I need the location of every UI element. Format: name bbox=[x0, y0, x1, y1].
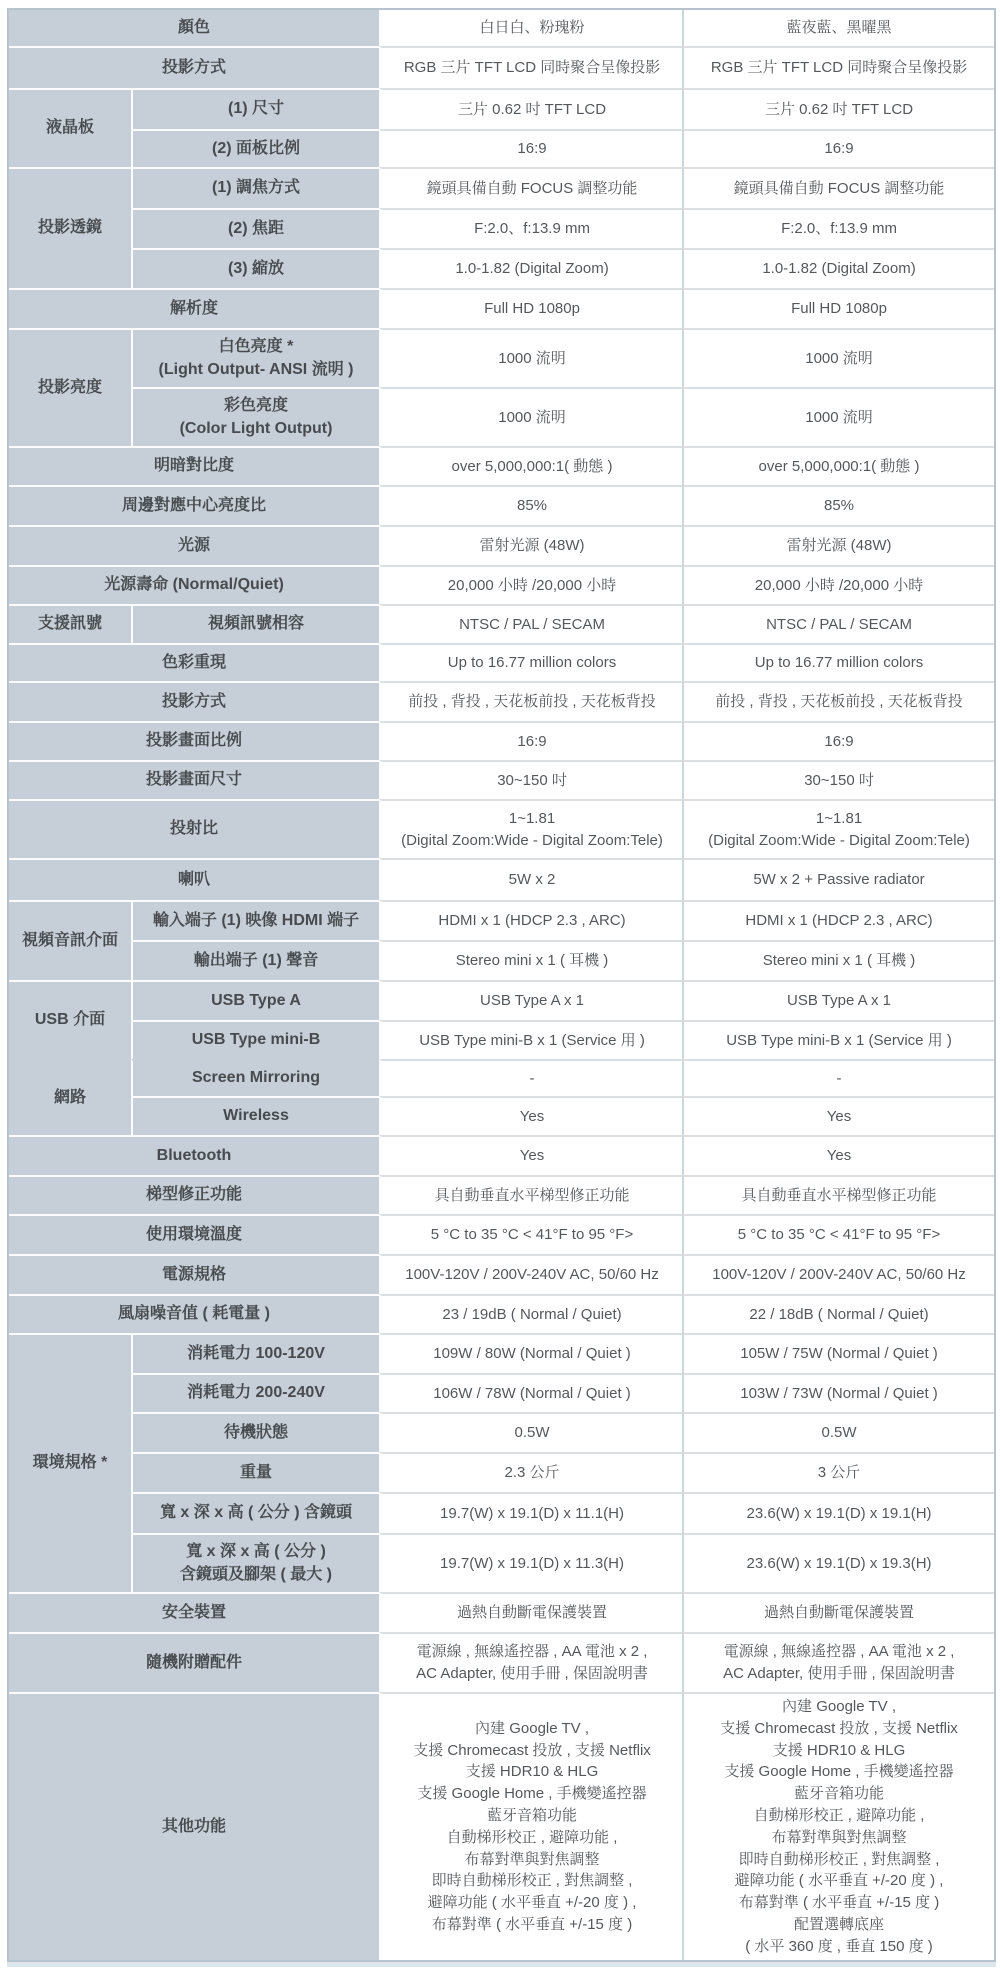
row-label-cell: 投影畫面比例 bbox=[9, 721, 379, 760]
table-row: 寬 x 深 x 高 ( 公分 ) 含鏡頭19.7(W) x 19.1(D) x … bbox=[9, 1492, 994, 1533]
value-cell-col2: RGB 三片 TFT LCD 同時聚合呈像投影 bbox=[682, 46, 994, 88]
table-row: 光源雷射光源 (48W)雷射光源 (48W) bbox=[9, 525, 994, 565]
table-row: (2) 面板比例16:916:9 bbox=[9, 129, 994, 167]
row-label-cell: 風扇噪音值 ( 耗電量 ) bbox=[9, 1294, 379, 1333]
row-label-cell: 使用環境溫度 bbox=[9, 1214, 379, 1254]
table-row: 明暗對比度over 5,000,000:1( 動態 )over 5,000,00… bbox=[9, 446, 994, 485]
table-row: 電源規格100V-120V / 200V-240V AC, 50/60 Hz10… bbox=[9, 1254, 994, 1294]
table-row: 輸出端子 (1) 聲音Stereo mini x 1 ( 耳機 )Stereo … bbox=[9, 940, 994, 980]
table-row: 支援訊號視頻訊號相容NTSC / PAL / SECAMNTSC / PAL /… bbox=[9, 604, 994, 643]
row-label-cell: 其他功能 bbox=[9, 1692, 379, 1960]
table-row: 梯型修正功能具自動垂直水平梯型修正功能具自動垂直水平梯型修正功能 bbox=[9, 1175, 994, 1214]
table-row: 投影透鏡(1) 調焦方式鏡頭具備自動 FOCUS 調整功能鏡頭具備自動 FOCU… bbox=[9, 167, 994, 208]
value-cell-col2: USB Type A x 1 bbox=[682, 980, 994, 1020]
row-label-cell: 色彩重現 bbox=[9, 643, 379, 681]
value-cell-col2: 16:9 bbox=[682, 129, 994, 167]
table-row: BluetoothYesYes bbox=[9, 1135, 994, 1175]
table-row: 彩色亮度 (Color Light Output)1000 流明1000 流明 bbox=[9, 387, 994, 446]
row-label-cell: 輸入端子 (1) 映像 HDMI 端子 bbox=[131, 900, 379, 940]
table-row: 液晶板(1) 尺寸三片 0.62 吋 TFT LCD三片 0.62 吋 TFT … bbox=[9, 88, 994, 129]
row-label-cell: (2) 焦距 bbox=[131, 208, 379, 248]
row-label-cell: USB Type A bbox=[131, 980, 379, 1020]
row-label-cell: 投影方式 bbox=[9, 46, 379, 88]
table-row: 投影方式前投 , 背投 , 天花板前投 , 天花板背投前投 , 背投 , 天花板… bbox=[9, 681, 994, 721]
value-cell-col2: 過熱自動斷電保護裝置 bbox=[682, 1592, 994, 1632]
spec-sheet-page: 顏色白日白、粉瑰粉藍夜藍、黑曜黑投影方式RGB 三片 TFT LCD 同時聚合呈… bbox=[0, 8, 1000, 1967]
value-cell-col2: 1~1.81 (Digital Zoom:Wide - Digital Zoom… bbox=[682, 799, 994, 858]
table-row: 重量2.3 公斤3 公斤 bbox=[9, 1452, 994, 1492]
row-label-cell: 彩色亮度 (Color Light Output) bbox=[131, 387, 379, 446]
group-label-cell: 液晶板 bbox=[9, 88, 131, 167]
group-label-cell: 投影透鏡 bbox=[9, 167, 131, 288]
value-cell-col2: Stereo mini x 1 ( 耳機 ) bbox=[682, 940, 994, 980]
value-cell-col1: HDMI x 1 (HDCP 2.3 , ARC) bbox=[379, 900, 682, 940]
value-cell-col1: 85% bbox=[379, 485, 682, 525]
value-cell-col2: 16:9 bbox=[682, 721, 994, 760]
table-row: 網路Screen Mirroring-- bbox=[9, 1059, 994, 1096]
row-label-cell: 周邊對應中心亮度比 bbox=[9, 485, 379, 525]
value-cell-col1: 內建 Google TV , 支援 Chromecast 投放 , 支援 Net… bbox=[379, 1692, 682, 1960]
value-cell-col1: RGB 三片 TFT LCD 同時聚合呈像投影 bbox=[379, 46, 682, 88]
value-cell-col2: 100V-120V / 200V-240V AC, 50/60 Hz bbox=[682, 1254, 994, 1294]
value-cell-col2: 5 °C to 35 °C < 41°F to 95 °F> bbox=[682, 1214, 994, 1254]
table-row: (2) 焦距F:2.0、f:13.9 mmF:2.0、f:13.9 mm bbox=[9, 208, 994, 248]
value-cell-col2: 85% bbox=[682, 485, 994, 525]
value-cell-col2: 內建 Google TV , 支援 Chromecast 投放 , 支援 Net… bbox=[682, 1692, 994, 1960]
row-label-cell: 顏色 bbox=[9, 10, 379, 46]
row-label-cell: 喇叭 bbox=[9, 858, 379, 900]
value-cell-col2: 三片 0.62 吋 TFT LCD bbox=[682, 88, 994, 129]
value-cell-col2: 1000 流明 bbox=[682, 328, 994, 387]
value-cell-col2: 0.5W bbox=[682, 1412, 994, 1452]
row-label-cell: 明暗對比度 bbox=[9, 446, 379, 485]
value-cell-col2: HDMI x 1 (HDCP 2.3 , ARC) bbox=[682, 900, 994, 940]
row-label-cell: 投射比 bbox=[9, 799, 379, 858]
value-cell-col1: 電源線 , 無線遙控器 , AA 電池 x 2 , AC Adapter, 使用… bbox=[379, 1632, 682, 1692]
table-row: 環境規格 *消耗電力 100-120V109W / 80W (Normal / … bbox=[9, 1333, 994, 1373]
table-row: (3) 縮放1.0-1.82 (Digital Zoom)1.0-1.82 (D… bbox=[9, 248, 994, 288]
table-row: 安全裝置過熱自動斷電保護裝置過熱自動斷電保護裝置 bbox=[9, 1592, 994, 1632]
value-cell-col1: 5 °C to 35 °C < 41°F to 95 °F> bbox=[379, 1214, 682, 1254]
table-row: 解析度Full HD 1080pFull HD 1080p bbox=[9, 288, 994, 328]
value-cell-col1: 2.3 公斤 bbox=[379, 1452, 682, 1492]
row-label-cell: (1) 尺寸 bbox=[131, 88, 379, 129]
value-cell-col1: 109W / 80W (Normal / Quiet ) bbox=[379, 1333, 682, 1373]
value-cell-col2: Full HD 1080p bbox=[682, 288, 994, 328]
row-label-cell: 白色亮度 * (Light Output- ANSI 流明 ) bbox=[131, 328, 379, 387]
value-cell-col1: 1000 流明 bbox=[379, 387, 682, 446]
value-cell-col2: 3 公斤 bbox=[682, 1452, 994, 1492]
table-row: 色彩重現Up to 16.77 million colorsUp to 16.7… bbox=[9, 643, 994, 681]
value-cell-col2: 1000 流明 bbox=[682, 387, 994, 446]
table-row: 投影畫面比例16:916:9 bbox=[9, 721, 994, 760]
value-cell-col2: Yes bbox=[682, 1135, 994, 1175]
value-cell-col1: USB Type mini-B x 1 (Service 用 ) bbox=[379, 1020, 682, 1059]
group-label-cell: 環境規格 * bbox=[9, 1333, 131, 1592]
value-cell-col1: Yes bbox=[379, 1096, 682, 1135]
value-cell-col1: Full HD 1080p bbox=[379, 288, 682, 328]
value-cell-col1: 1~1.81 (Digital Zoom:Wide - Digital Zoom… bbox=[379, 799, 682, 858]
row-label-cell: 消耗電力 200-240V bbox=[131, 1373, 379, 1412]
spec-table-wrapper: 顏色白日白、粉瑰粉藍夜藍、黑曜黑投影方式RGB 三片 TFT LCD 同時聚合呈… bbox=[7, 8, 992, 1967]
value-cell-col2: 1.0-1.82 (Digital Zoom) bbox=[682, 248, 994, 288]
value-cell-col1: - bbox=[379, 1059, 682, 1096]
table-row: USB 介面USB Type AUSB Type A x 1USB Type A… bbox=[9, 980, 994, 1020]
table-row: 使用環境溫度5 °C to 35 °C < 41°F to 95 °F>5 °C… bbox=[9, 1214, 994, 1254]
value-cell-col2: F:2.0、f:13.9 mm bbox=[682, 208, 994, 248]
table-row: 投影畫面尺寸30~150 吋30~150 吋 bbox=[9, 760, 994, 799]
spec-table: 顏色白日白、粉瑰粉藍夜藍、黑曜黑投影方式RGB 三片 TFT LCD 同時聚合呈… bbox=[7, 8, 996, 1962]
group-label-cell: 視頻音訊介面 bbox=[9, 900, 131, 980]
row-label-cell: Bluetooth bbox=[9, 1135, 379, 1175]
value-cell-col2: Up to 16.77 million colors bbox=[682, 643, 994, 681]
row-label-cell: 投影畫面尺寸 bbox=[9, 760, 379, 799]
row-label-cell: 解析度 bbox=[9, 288, 379, 328]
value-cell-col1: 19.7(W) x 19.1(D) x 11.3(H) bbox=[379, 1533, 682, 1592]
row-label-cell: 光源 bbox=[9, 525, 379, 565]
row-label-cell: 寬 x 深 x 高 ( 公分 ) 含鏡頭 bbox=[131, 1492, 379, 1533]
value-cell-col1: over 5,000,000:1( 動態 ) bbox=[379, 446, 682, 485]
value-cell-col1: Stereo mini x 1 ( 耳機 ) bbox=[379, 940, 682, 980]
value-cell-col1: 0.5W bbox=[379, 1412, 682, 1452]
value-cell-col1: 16:9 bbox=[379, 129, 682, 167]
table-row: 寬 x 深 x 高 ( 公分 ) 含鏡頭及腳架 ( 最大 )19.7(W) x … bbox=[9, 1533, 994, 1592]
value-cell-col1: NTSC / PAL / SECAM bbox=[379, 604, 682, 643]
value-cell-col1: 30~150 吋 bbox=[379, 760, 682, 799]
row-label-cell: 寬 x 深 x 高 ( 公分 ) 含鏡頭及腳架 ( 最大 ) bbox=[131, 1533, 379, 1592]
row-label-cell: 梯型修正功能 bbox=[9, 1175, 379, 1214]
table-row: 投影亮度白色亮度 * (Light Output- ANSI 流明 )1000 … bbox=[9, 328, 994, 387]
value-cell-col2: 20,000 小時 /20,000 小時 bbox=[682, 565, 994, 604]
value-cell-col1: 16:9 bbox=[379, 721, 682, 760]
row-label-cell: USB Type mini-B bbox=[131, 1020, 379, 1059]
value-cell-col1: USB Type A x 1 bbox=[379, 980, 682, 1020]
table-row: 顏色白日白、粉瑰粉藍夜藍、黑曜黑 bbox=[9, 10, 994, 46]
value-cell-col2: 22 / 18dB ( Normal / Quiet) bbox=[682, 1294, 994, 1333]
table-row: 隨機附贈配件電源線 , 無線遙控器 , AA 電池 x 2 , AC Adapt… bbox=[9, 1632, 994, 1692]
value-cell-col1: 過熱自動斷電保護裝置 bbox=[379, 1592, 682, 1632]
value-cell-col2: 105W / 75W (Normal / Quiet ) bbox=[682, 1333, 994, 1373]
value-cell-col2: USB Type mini-B x 1 (Service 用 ) bbox=[682, 1020, 994, 1059]
value-cell-col1: 1.0-1.82 (Digital Zoom) bbox=[379, 248, 682, 288]
row-label-cell: (2) 面板比例 bbox=[131, 129, 379, 167]
table-row: 投影方式RGB 三片 TFT LCD 同時聚合呈像投影RGB 三片 TFT LC… bbox=[9, 46, 994, 88]
spec-table-body: 顏色白日白、粉瑰粉藍夜藍、黑曜黑投影方式RGB 三片 TFT LCD 同時聚合呈… bbox=[9, 10, 994, 1960]
value-cell-col2: 鏡頭具備自動 FOCUS 調整功能 bbox=[682, 167, 994, 208]
value-cell-col2: 103W / 73W (Normal / Quiet ) bbox=[682, 1373, 994, 1412]
row-label-cell: 重量 bbox=[131, 1452, 379, 1492]
value-cell-col1: 前投 , 背投 , 天花板前投 , 天花板背投 bbox=[379, 681, 682, 721]
value-cell-col2: 前投 , 背投 , 天花板前投 , 天花板背投 bbox=[682, 681, 994, 721]
value-cell-col2: 5W x 2 + Passive radiator bbox=[682, 858, 994, 900]
row-label-cell: 消耗電力 100-120V bbox=[131, 1333, 379, 1373]
group-label-cell: USB 介面 bbox=[9, 980, 131, 1059]
table-row: 光源壽命 (Normal/Quiet)20,000 小時 /20,000 小時2… bbox=[9, 565, 994, 604]
table-row: USB Type mini-BUSB Type mini-B x 1 (Serv… bbox=[9, 1020, 994, 1059]
value-cell-col1: 白日白、粉瑰粉 bbox=[379, 10, 682, 46]
value-cell-col1: 5W x 2 bbox=[379, 858, 682, 900]
row-label-cell: (1) 調焦方式 bbox=[131, 167, 379, 208]
value-cell-col2: 30~150 吋 bbox=[682, 760, 994, 799]
value-cell-col1: 19.7(W) x 19.1(D) x 11.1(H) bbox=[379, 1492, 682, 1533]
group-label-cell: 網路 bbox=[9, 1059, 131, 1135]
value-cell-col1: 雷射光源 (48W) bbox=[379, 525, 682, 565]
value-cell-col1: 106W / 78W (Normal / Quiet ) bbox=[379, 1373, 682, 1412]
group-label-cell: 投影亮度 bbox=[9, 328, 131, 446]
row-label-cell: 光源壽命 (Normal/Quiet) bbox=[9, 565, 379, 604]
value-cell-col1: Yes bbox=[379, 1135, 682, 1175]
value-cell-col1: 鏡頭具備自動 FOCUS 調整功能 bbox=[379, 167, 682, 208]
value-cell-col2: 雷射光源 (48W) bbox=[682, 525, 994, 565]
table-row: 風扇噪音值 ( 耗電量 )23 / 19dB ( Normal / Quiet)… bbox=[9, 1294, 994, 1333]
row-label-cell: 待機狀態 bbox=[131, 1412, 379, 1452]
row-label-cell: (3) 縮放 bbox=[131, 248, 379, 288]
table-row: 其他功能內建 Google TV , 支援 Chromecast 投放 , 支援… bbox=[9, 1692, 994, 1960]
table-row: WirelessYesYes bbox=[9, 1096, 994, 1135]
table-row: 投射比1~1.81 (Digital Zoom:Wide - Digital Z… bbox=[9, 799, 994, 858]
row-label-cell: 投影方式 bbox=[9, 681, 379, 721]
table-row: 周邊對應中心亮度比85%85% bbox=[9, 485, 994, 525]
row-label-cell: 隨機附贈配件 bbox=[9, 1632, 379, 1692]
table-row: 消耗電力 200-240V106W / 78W (Normal / Quiet … bbox=[9, 1373, 994, 1412]
table-row: 視頻音訊介面輸入端子 (1) 映像 HDMI 端子HDMI x 1 (HDCP … bbox=[9, 900, 994, 940]
value-cell-col1: 23 / 19dB ( Normal / Quiet) bbox=[379, 1294, 682, 1333]
value-cell-col2: 藍夜藍、黑曜黑 bbox=[682, 10, 994, 46]
value-cell-col2: 電源線 , 無線遙控器 , AA 電池 x 2 , AC Adapter, 使用… bbox=[682, 1632, 994, 1692]
value-cell-col2: NTSC / PAL / SECAM bbox=[682, 604, 994, 643]
value-cell-col1: 20,000 小時 /20,000 小時 bbox=[379, 565, 682, 604]
value-cell-col2: - bbox=[682, 1059, 994, 1096]
value-cell-col1: 具自動垂直水平梯型修正功能 bbox=[379, 1175, 682, 1214]
table-row: 喇叭5W x 25W x 2 + Passive radiator bbox=[9, 858, 994, 900]
value-cell-col2: Yes bbox=[682, 1096, 994, 1135]
value-cell-col1: Up to 16.77 million colors bbox=[379, 643, 682, 681]
value-cell-col2: 23.6(W) x 19.1(D) x 19.1(H) bbox=[682, 1492, 994, 1533]
group-label-cell: 支援訊號 bbox=[9, 604, 131, 643]
row-label-cell: 安全裝置 bbox=[9, 1592, 379, 1632]
table-row: 待機狀態0.5W0.5W bbox=[9, 1412, 994, 1452]
value-cell-col2: 具自動垂直水平梯型修正功能 bbox=[682, 1175, 994, 1214]
value-cell-col1: 三片 0.62 吋 TFT LCD bbox=[379, 88, 682, 129]
row-label-cell: 視頻訊號相容 bbox=[131, 604, 379, 643]
value-cell-col2: 23.6(W) x 19.1(D) x 19.3(H) bbox=[682, 1533, 994, 1592]
value-cell-col1: 100V-120V / 200V-240V AC, 50/60 Hz bbox=[379, 1254, 682, 1294]
row-label-cell: Wireless bbox=[131, 1096, 379, 1135]
row-label-cell: 輸出端子 (1) 聲音 bbox=[131, 940, 379, 980]
row-label-cell: 電源規格 bbox=[9, 1254, 379, 1294]
value-cell-col1: 1000 流明 bbox=[379, 328, 682, 387]
value-cell-col1: F:2.0、f:13.9 mm bbox=[379, 208, 682, 248]
value-cell-col2: over 5,000,000:1( 動態 ) bbox=[682, 446, 994, 485]
row-label-cell: Screen Mirroring bbox=[131, 1059, 379, 1096]
